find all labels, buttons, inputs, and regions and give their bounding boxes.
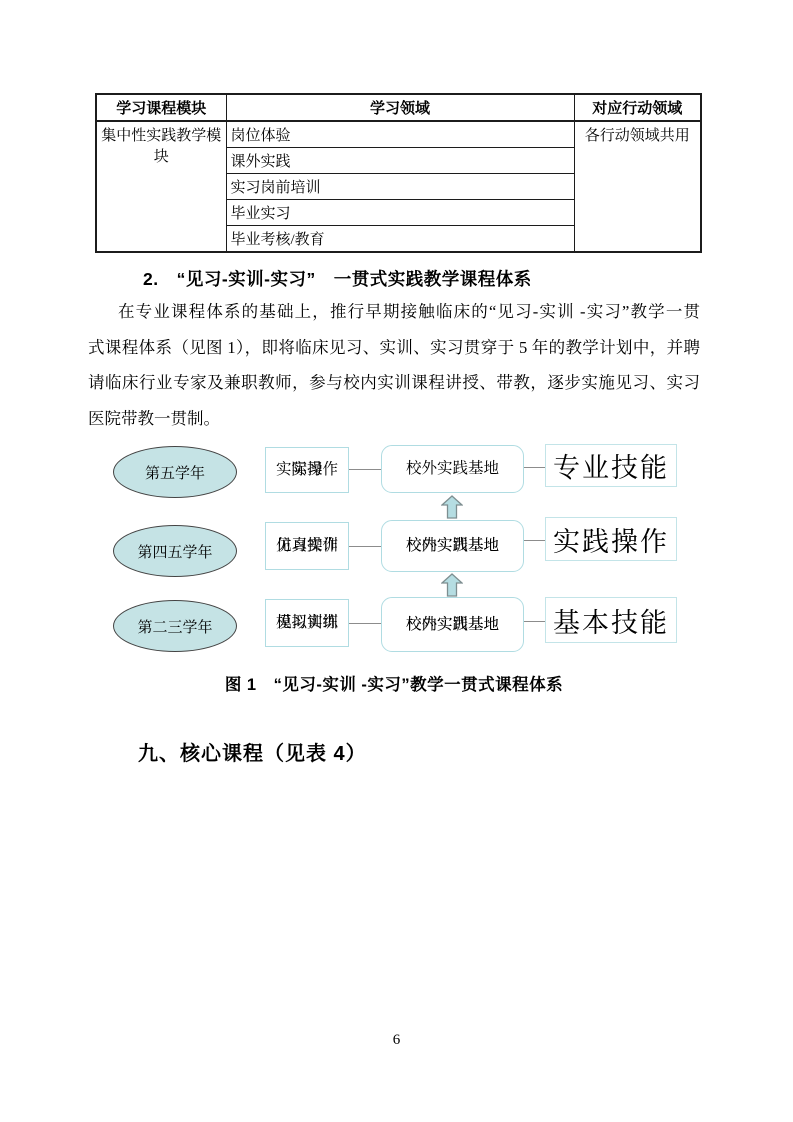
year-ellipse-2-3: 第二三学年 [113,600,237,652]
action-area-cell: 各行动领域共用 [574,121,701,252]
skill-box-professional: 专业技能 [545,444,677,487]
paragraph-line: 请临床行业专家及兼职教师，参与校内实训课程讲授、带教，逐步实施见习、实习 [88,365,700,401]
base-line: 校外实践基地 [406,614,499,636]
skill-box-practice: 实践操作 [545,517,677,561]
base-line: 校外实践基地 [406,535,499,557]
connector-line [349,623,381,624]
table-row: 集中性实践教学模块 岗位体验 各行动领域共用 [96,121,701,148]
col-header-module: 学习课程模块 [96,94,226,121]
year-ellipse-5: 第五学年 [113,446,237,498]
base-line: 校外实践基地 [406,458,499,480]
figure-1-caption: 图 1 “见习-实训 -实习”教学一贯式课程体系 [88,671,700,695]
paragraph-line: 在专业课程体系的基础上，推行早期接触临床的“见习-实训 -实习”教学一贯 [88,294,700,330]
stage-line: 仿真操作 [276,535,338,557]
up-arrow-icon [441,573,463,597]
stage-box-mock-training: 见习实训 模拟训练 [265,599,349,647]
base-box-offcampus: 校外实践基地 [381,445,524,493]
base-box-on-off-campus: 校内实训基地 校外实践基地 [381,597,524,652]
paragraph-line: 式课程体系（见图 1），即将临床见习、实训、实习贯穿于 5 年的教学计划中，并聘 [88,330,700,366]
table-header-row: 学习课程模块 学习领域 对应行动领域 [96,94,701,121]
body-paragraph: 在专业课程体系的基础上，推行早期接触临床的“见习-实训 -实习”教学一贯 式课程… [88,294,700,436]
stage-box-internship: 实习 实际操作 [265,447,349,493]
page-number: 6 [0,1032,793,1049]
base-box-on-off-campus: 校内实训基地 校外实践基地 [381,520,524,572]
connector-line [524,621,545,622]
section-heading-core-courses: 九、核心课程（见表 4） [138,737,367,766]
stage-line: 实际操作 [276,459,338,481]
curriculum-module-table: 学习课程模块 学习领域 对应行动领域 集中性实践教学模块 岗位体验 各行动领域共… [95,93,702,253]
col-header-action-area: 对应行动领域 [574,94,701,121]
figure-1-diagram: 第五学年 实习 实际操作 校外实践基地 专业技能 第四五学年 见习实训 仿真操作… [95,440,705,668]
learning-area-cell: 毕业考核/教育 [226,226,574,253]
learning-area-cell: 毕业实习 [226,200,574,226]
document-page: { "table": { "headers": ["学习课程模块", "学习领域… [0,0,793,1122]
module-cell: 集中性实践教学模块 [96,121,226,252]
learning-area-cell: 课外实践 [226,148,574,174]
connector-line [349,546,381,547]
stage-box-simulation: 见习实训 仿真操作 [265,522,349,570]
connector-line [524,540,545,541]
learning-area-cell: 实习岗前培训 [226,174,574,200]
connector-line [349,469,381,470]
up-arrow-icon [441,495,463,519]
paragraph-line: 医院带教一贯制。 [88,401,700,437]
learning-area-cell: 岗位体验 [226,121,574,148]
connector-line [524,467,545,468]
section-heading-practice-system: 2. “见习-实训-实习” 一贯式实践教学课程体系 [143,266,532,291]
stage-line: 模拟训练 [276,612,338,634]
skill-box-basic: 基本技能 [545,597,677,643]
col-header-learning-area: 学习领域 [226,94,574,121]
year-ellipse-4-5: 第四五学年 [113,525,237,577]
